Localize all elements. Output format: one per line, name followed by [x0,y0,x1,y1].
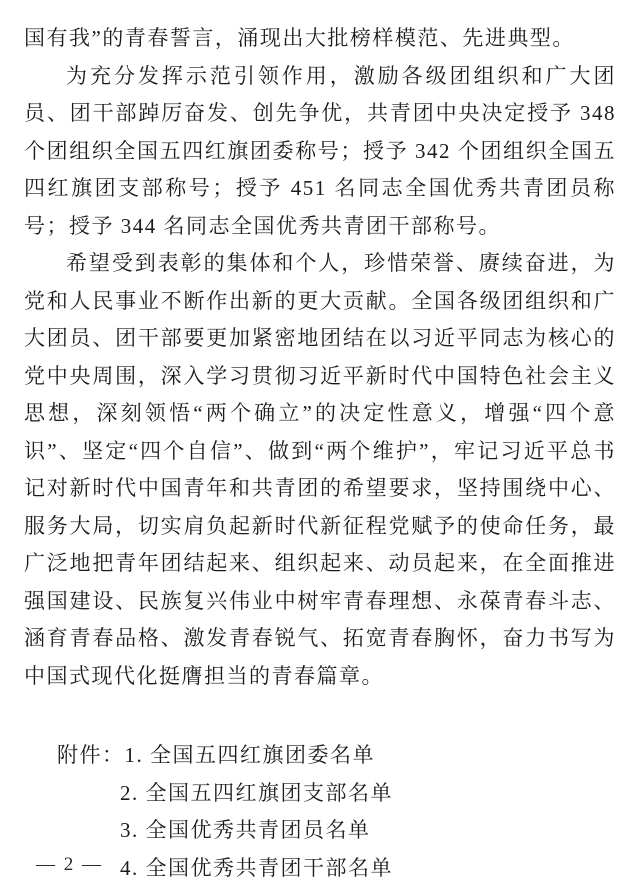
attachments-label: 附件： [57,737,125,775]
body-paragraph-continuation: 国有我”的青春誓言，涌现出大批榜样模范、先进典型。 [24,20,616,58]
body-paragraph-hope: 希望受到表彰的集体和个人，珍惜荣誉、赓续奋进，为党和人民事业不断作出新的更大贡献… [24,245,616,695]
attachment-item: 1. 全国五四红旗团委名单 [125,743,376,767]
document-page: 国有我”的青春誓言，涌现出大批榜样模范、先进典型。 为充分发挥示范引领作用，激励… [0,0,639,893]
attachments-list: 附件：1. 全国五四红旗团委名单 2. 全国五四红旗团支部名单 3. 全国优秀共… [57,737,616,887]
body-paragraph-awards: 为充分发挥示范引领作用，激励各级团组织和广大团员、团干部踔厉奋发、创先争优，共青… [24,58,616,246]
attachment-row: 3. 全国优秀共青团员名单 [57,812,616,850]
attachment-item: 4. 全国优秀共青团干部名单 [120,856,393,880]
attachment-item: 2. 全国五四红旗团支部名单 [120,781,393,805]
attachment-item: 3. 全国优秀共青团员名单 [120,818,371,842]
attachment-row: 附件：1. 全国五四红旗团委名单 [57,737,616,775]
attachment-row: 4. 全国优秀共青团干部名单 [57,850,616,888]
document-body: 国有我”的青春誓言，涌现出大批榜样模范、先进典型。 为充分发挥示范引领作用，激励… [24,20,616,887]
page-number: — 2 — [36,854,103,876]
attachment-row: 2. 全国五四红旗团支部名单 [57,775,616,813]
